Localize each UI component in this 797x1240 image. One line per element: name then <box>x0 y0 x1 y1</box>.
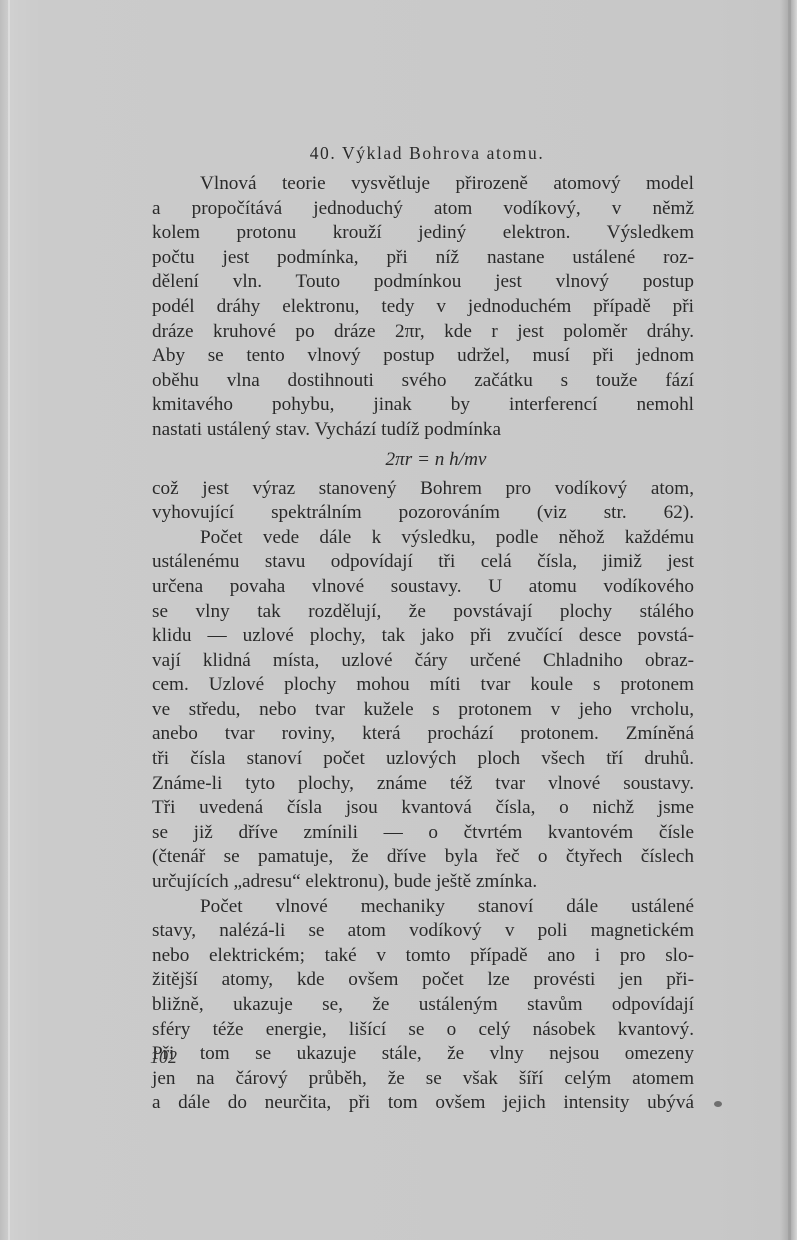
text-line: Při tom se ukazuje stále, že vlny nejsou… <box>152 1042 694 1067</box>
text-line: oběhu vlna dostihnouti svého začátku s t… <box>152 369 694 394</box>
text-line: žitější atomy, kde ovšem počet lze prové… <box>152 968 694 993</box>
text-line: tři čísla stanoví počet uzlových ploch v… <box>152 747 694 772</box>
page-number: 102 <box>150 1047 177 1068</box>
text-line: a dále do neurčita, při tom ovšem jejich… <box>152 1091 694 1116</box>
text-line: anebo tvar roviny, která prochází proton… <box>152 722 694 747</box>
text-line: vají klidná místa, uzlové čáry určené Ch… <box>152 649 694 674</box>
text-block: 40. Výklad Bohrova atomu. Vlnová teorie … <box>152 138 694 1116</box>
text-line: dráze kruhové po dráze 2πr, kde r jest p… <box>152 320 694 345</box>
text-line: jen na čárový průběh, že se však šíří ce… <box>152 1067 694 1092</box>
text-line: klidu — uzlové plochy, tak jako při zvuč… <box>152 624 694 649</box>
text-line: kmitavého pohybu, jinak by interferencí … <box>152 393 694 418</box>
text-line: určujících „adresu“ elektronu), bude ješ… <box>152 870 694 895</box>
text-line: sféry téže energie, lišící se o celý nás… <box>152 1018 694 1043</box>
text-line: nebo elektrickém; také v tomto případě a… <box>152 944 694 969</box>
text-line: cem. Uzlové plochy mohou míti tvar koule… <box>152 673 694 698</box>
text-line: určena povaha vlnové soustavy. U atomu v… <box>152 575 694 600</box>
text-line: Aby se tento vlnový postup udržel, musí … <box>152 344 694 369</box>
text-line: Známe-li tyto plochy, známe též tvar vln… <box>152 772 694 797</box>
text-line: nastati ustálený stav. Vychází tudíž pod… <box>152 418 694 443</box>
text-line: což jest výraz stanovený Bohrem pro vodí… <box>152 477 694 502</box>
text-line: (čtenář se pamatuje, že dříve byla řeč o… <box>152 845 694 870</box>
text-line: vyhovující spektrálním pozorováním (viz … <box>152 501 694 526</box>
text-line: kolem protonu krouží jediný elektron. Vý… <box>152 221 694 246</box>
text-line: dělení vln. Touto podmínkou jest vlnový … <box>152 270 694 295</box>
text-line: a propočítává jednoduchý atom vodíkový, … <box>152 197 694 222</box>
text-line: se vlny tak rozdělují, že povstávají plo… <box>152 600 694 625</box>
section-heading: 40. Výklad Bohrova atomu. <box>152 138 694 168</box>
text-line: se již dříve zmínili — o čtvrtém kvantov… <box>152 821 694 846</box>
page-right-edge <box>788 0 791 1240</box>
scanned-page: 40. Výklad Bohrova atomu. Vlnová teorie … <box>0 0 797 1240</box>
text-line: ve středu, nebo tvar kužele s protonem v… <box>152 698 694 723</box>
text-line: Počet vlnové mechaniky stanoví dále ustá… <box>152 895 694 920</box>
ink-speck <box>714 1101 722 1107</box>
page-binding-edge <box>8 0 10 1240</box>
text-line: Vlnová teorie vysvětluje přirozeně atomo… <box>152 172 694 197</box>
text-line: Tři uvedená čísla jsou kvantová čísla, o… <box>152 796 694 821</box>
text-line: bližně, ukazuje se, že ustáleným stavům … <box>152 993 694 1018</box>
text-line: podél dráhy elektronu, tedy v jednoduché… <box>152 295 694 320</box>
text-line: Počet vede dále k výsledku, podle něhož … <box>152 526 694 551</box>
bohr-formula: 2πr = n h/mv <box>152 443 694 477</box>
text-line: počtu jest podmínka, při níž nastane ust… <box>152 246 694 271</box>
text-line: ustálenému stavu odpovídají tři celá čís… <box>152 550 694 575</box>
text-line: stavy, nalézá-li se atom vodíkový v poli… <box>152 919 694 944</box>
